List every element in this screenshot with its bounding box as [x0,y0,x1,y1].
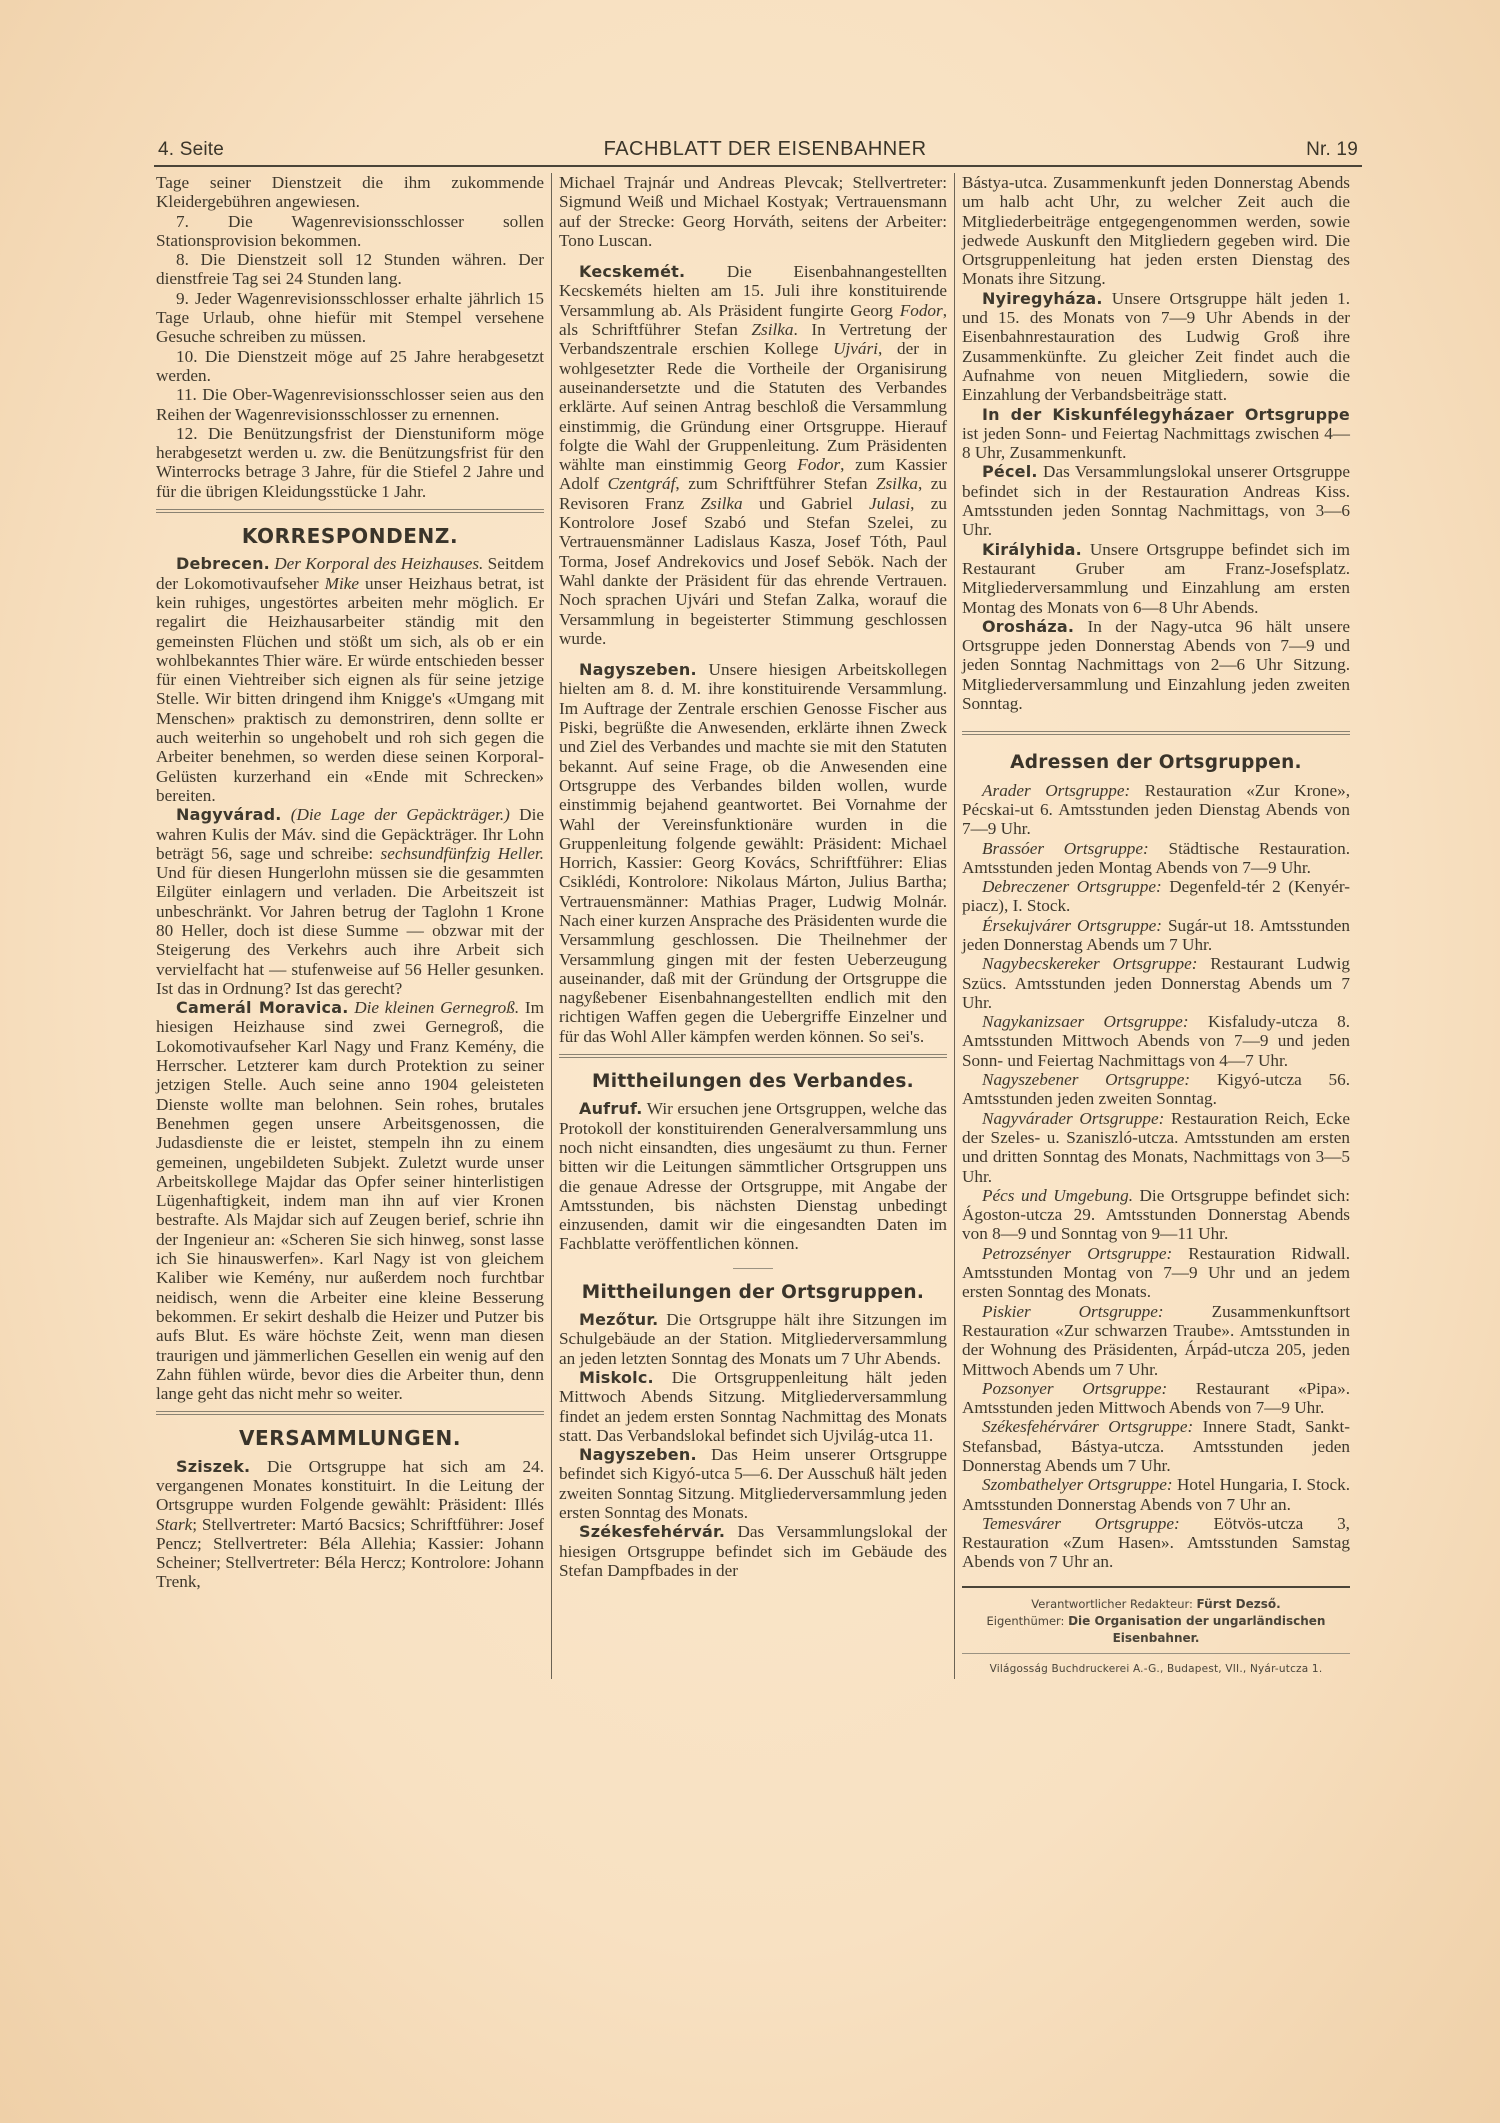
page-header: 4. Seite FACHBLATT DER EISENBAHNER Nr. 1… [154,138,1362,167]
place-name: Székesfehérvár. [579,1522,725,1541]
demand-10: 10. Die Dienstzeit möge auf 25 Jahre her… [156,347,544,386]
article-nyiregyhaza: Nyiregyháza. Unsere Ortsgruppe hält jede… [962,289,1350,405]
person-name: Czentgráf [608,474,676,493]
article-nagyszeben: Nagyszeben. Unsere hiesigen Arbeitskolle… [559,660,947,1046]
section-heading-verband: Mittheilungen des Verbandes. [559,1072,947,1091]
printer-line: Világosság Buchdruckerei A.-G., Budapest… [962,1660,1350,1679]
section-heading-versammlungen: VERSAMMLUNGEN. [156,1429,544,1448]
article-oroshaza: Orosháza. In der Nagy-utca 96 hält unser… [962,617,1350,713]
person-name: Stark [156,1515,192,1534]
text: , zu Kontrolore Josef Szabó und Stefan S… [559,494,947,648]
person-name: Zsilka [701,494,743,513]
text: , der in wohlgesetzter Rede die Vortheil… [559,339,947,474]
section-heading-ortsgruppen: Mittheilungen der Ortsgruppen. [559,1283,947,1302]
address-item: Petrozsényer Ortsgruppe: Restauration Ri… [962,1244,1350,1302]
address-item: Piskier Ortsgruppe: Zusammenkunftsort Re… [962,1302,1350,1379]
article-kiralyhida: Királyhida. Unsere Ortsgruppe befindet s… [962,540,1350,617]
owner-name: Die Organisation der ungarländischen Eis… [1068,1614,1325,1645]
paragraph: Bástya-utca. Zusammenkunft jeden Donners… [962,173,1350,289]
section-divider [156,1411,544,1415]
place-name: Nagyszeben. [579,660,697,679]
article-mezotur: Mezőtur. Die Ortsgruppe hält ihre Sitzun… [559,1310,947,1368]
person-name: Fodor [797,455,840,474]
editor-label: Verantwortlicher Redakteur: [1031,1597,1196,1611]
article-nagyvarad: Nagyvárad. (Die Lage der Gepäckträger.) … [156,805,544,998]
address-item: Arader Ortsgruppe: Restauration «Zur Kro… [962,781,1350,839]
demand-8: 8. Die Dienstzeit soll 12 Stunden währen… [156,250,544,289]
group-name: Nagyszebener Ortsgruppe: [982,1070,1190,1089]
demand-7: 7. Die Wagenrevisionsschlosser sollen St… [156,212,544,251]
article-nagyszeben-2: Nagyszeben. Das Heim unserer Ortsgruppe … [559,1445,947,1522]
group-name: Brassóer Ortsgruppe: [982,839,1149,858]
article-sziszek: Sziszek. Die Ortsgruppe hat sich am 24. … [156,1457,544,1592]
text: ist jeden Sonn- und Feiertag Nachmittags… [962,424,1350,462]
text: Wir ersuchen jene Ortsgruppen, welche da… [559,1099,947,1253]
place-name: Orosháza. [982,617,1074,636]
article-pecel: Pécel. Das Versammlungslokal unserer Ort… [962,462,1350,539]
place-name: Kecskemét. [579,262,685,281]
person-name: Zsilka [876,474,918,493]
address-item: Nagybecskereker Ortsgruppe: Restaurant L… [962,954,1350,1012]
imprint: Verantwortlicher Redakteur: Fürst Dezső.… [962,1596,1350,1647]
demand-9: 9. Jeder Wagenrevisionsschlosser erhalte… [156,289,544,347]
place-name: Nagyszeben. [579,1445,697,1464]
address-item: Nagykanizsaer Ortsgruppe: Kisfaludy-utcz… [962,1012,1350,1070]
article-kecskemet: Kecskemét. Die Eisenbahnangestellten Kec… [559,262,947,648]
column-2: Michael Trajnár und Andreas Plevcak; Ste… [551,173,954,1679]
group-name: Pozsonyer Ortsgruppe: [982,1379,1167,1398]
paragraph: Michael Trajnár und Andreas Plevcak; Ste… [559,173,947,250]
text: ; Stellvertreter: Martó Bacsics; Schrift… [156,1515,544,1592]
person-name: Ujvári [833,339,878,358]
place-name: Nagyvárad. [176,805,282,824]
short-divider [733,1268,773,1269]
article-title: (Die Lage der Gepäckträger.) [291,805,510,824]
address-item: Szombathelyer Ortsgruppe: Hotel Hungaria… [962,1475,1350,1514]
issue-number: Nr. 19 [1306,139,1358,161]
group-name: Nagyvárader Ortsgruppe: [982,1109,1164,1128]
text: , zum Schriftführer Stefan [675,474,876,493]
person-name: Fodor [900,301,943,320]
address-item: Brassóer Ortsgruppe: Städtische Restaura… [962,839,1350,878]
page-number: 4. Seite [158,139,224,161]
text: unser Heizhaus betrat, ist kein ruhiges,… [156,574,544,805]
person-name: Zsilka [751,320,793,339]
owner-label: Eigenthümer: [987,1614,1069,1628]
address-list: Arader Ortsgruppe: Restauration «Zur Kro… [962,781,1350,1572]
address-item: Temesvárer Ortsgruppe: Eötvös-utcza 3, R… [962,1514,1350,1572]
person-name: Julasi [869,494,910,513]
paragraph: Tage seiner Dienstzeit die ihm zukommend… [156,173,544,212]
article-miskolc: Miskolc. Die Ortsgruppenleitung hält jed… [559,1368,947,1445]
editor-line: Verantwortlicher Redakteur: Fürst Dezső. [962,1596,1350,1613]
demand-11: 11. Die Ober-Wagenrevisionsschlosser sei… [156,385,544,424]
place-name: Királyhida. [982,540,1082,559]
place-name: Miskolc. [579,1368,654,1387]
group-name: Petrozsényer Ortsgruppe: [982,1244,1172,1263]
printer-divider [962,1653,1350,1654]
imprint-divider [962,1586,1350,1588]
person-name: Mike [325,574,359,593]
group-name: Arader Ortsgruppe: [982,781,1130,800]
emphasis: sechsundfünfzig Heller. [381,844,545,863]
address-item: Pécs und Umgebung. Die Ortsgruppe befind… [962,1186,1350,1244]
section-divider [962,731,1350,735]
address-item: Debreczener Ortsgruppe: Degenfeld-tér 2 … [962,877,1350,916]
article-szekesfehervar: Székesfehérvár. Das Versammlungslokal de… [559,1522,947,1580]
place-name: Aufruf. [579,1099,643,1118]
column-1: Tage seiner Dienstzeit die ihm zukommend… [154,173,551,1679]
address-item: Székesfehérvárer Ortsgruppe: Innere Stad… [962,1417,1350,1475]
article-debrecen: Debrecen. Der Korporal des Heizhauses. S… [156,554,544,805]
section-divider [559,1054,947,1058]
article-title: Der Korporal des Heizhauses. [274,554,483,573]
address-item: Érsekujvárer Ortsgruppe: Sugár-ut 18. Am… [962,916,1350,955]
group-name: Szombathelyer Ortsgruppe: [982,1475,1173,1494]
column-3: Bástya-utca. Zusammenkunft jeden Donners… [954,173,1357,1679]
section-heading-adressen: Adressen der Ortsgruppen. [962,753,1350,772]
text: und Gabriel [743,494,869,513]
text: Unsere hiesigen Arbeitskollegen hielten … [559,660,947,1046]
article-moravica: Camerál Moravica. Die kleinen Gernegroß.… [156,998,544,1403]
columns: Tage seiner Dienstzeit die ihm zukommend… [154,173,1362,1679]
text: Im hiesigen Heizhause sind zwei Gernegro… [156,998,544,1403]
group-name: Nagybecskereker Ortsgruppe: [982,954,1197,973]
address-item: Nagyvárader Ortsgruppe: Restauration Rei… [962,1109,1350,1186]
group-name: Érsekujvárer Ortsgruppe: [982,916,1162,935]
section-divider [156,509,544,513]
owner-line: Eigenthümer: Die Organisation der ungarl… [962,1613,1350,1647]
place-name: Mezőtur. [579,1310,658,1329]
group-name: Székesfehérvárer Ortsgruppe: [982,1417,1193,1436]
address-item: Nagyszebener Ortsgruppe: Kigyó-utcza 56.… [962,1070,1350,1109]
article-kiskunfelegyhaza: In der Kiskunfélegyházaer Ortsgruppe ist… [962,405,1350,463]
place-name: Sziszek. [176,1457,250,1476]
section-heading-korrespondenz: KORRESPONDENZ. [156,527,544,546]
place-name: Pécel. [982,462,1038,481]
masthead-title: FACHBLATT DER EISENBAHNER [604,138,927,161]
place-name: Debrecen. [176,554,270,573]
group-name: Temesvárer Ortsgruppe: [982,1514,1180,1533]
group-name: Piskier Ortsgruppe: [982,1302,1164,1321]
article-aufruf: Aufruf. Wir ersuchen jene Ortsgruppen, w… [559,1099,947,1253]
demand-12: 12. Die Benützungsfrist der Dienstunifor… [156,424,544,501]
place-name: In der Kiskunfélegyházaer Ortsgruppe [982,405,1350,424]
group-name: Pécs und Umgebung. [982,1186,1133,1205]
editor-name: Fürst Dezső. [1197,1597,1281,1611]
place-name: Nyiregyháza. [982,289,1103,308]
article-title: Die kleinen Gernegroß. [354,998,519,1017]
text: Und für diesen Hungerlohn müssen sie die… [156,863,544,998]
newspaper-page: 4. Seite FACHBLATT DER EISENBAHNER Nr. 1… [154,138,1362,1679]
group-name: Debreczener Ortsgruppe: [982,877,1162,896]
place-name: Camerál Moravica. [176,998,349,1017]
group-name: Nagykanizsaer Ortsgruppe: [982,1012,1189,1031]
address-item: Pozsonyer Ortsgruppe: Restaurant «Pipa».… [962,1379,1350,1418]
